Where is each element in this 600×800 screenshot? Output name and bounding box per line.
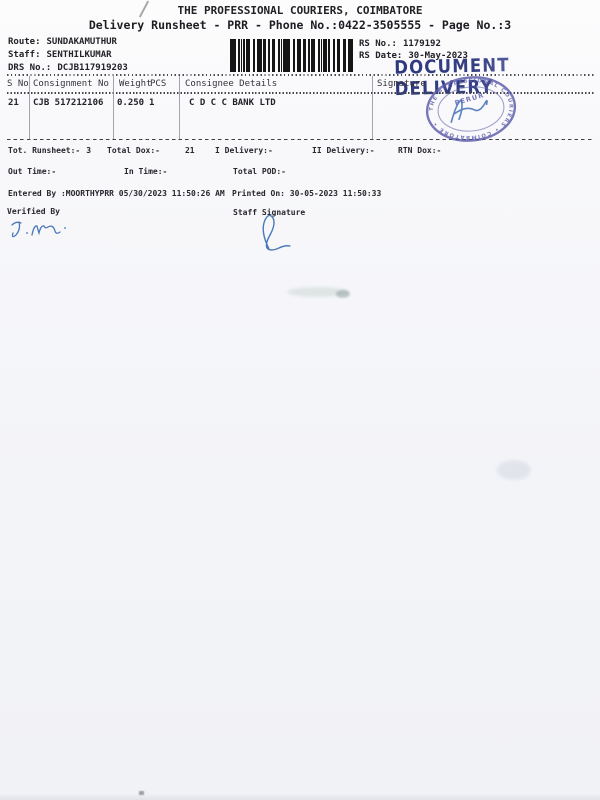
total-dox-value: 21 (185, 146, 195, 155)
tot-runsheet-value: 3 (86, 146, 91, 155)
printed-on-line: Printed On: 30-05-2023 11:50:33 (232, 189, 381, 199)
scanned-delivery-runsheet-page: THE PROFESSIONAL COURIERS, COIMBATORE De… (0, 0, 600, 800)
route-line: Route:SUNDAKAMUTHUR (8, 37, 117, 48)
staff-line: Staff:SENTHILKUMAR (8, 50, 112, 61)
table-column-rule-2 (113, 76, 114, 139)
runsheet-barcode (230, 39, 353, 72)
ii-delivery-label: II Delivery:- (312, 146, 375, 156)
staff-signature-ink (252, 211, 298, 253)
rs-no-label: RS No.: (359, 39, 397, 49)
scan-artifact-smudge (497, 460, 531, 480)
rs-no-line: RS No.:1179192 (359, 39, 441, 50)
row-pcs: 1 (149, 98, 154, 109)
row-weight: 0.250 (117, 98, 144, 109)
staff-value: SENTHILKUMAR (47, 50, 112, 60)
table-column-rule-3 (179, 76, 180, 139)
table-column-rule-4 (372, 76, 373, 139)
entered-by-line: Entered By :MOORTHYPRR 05/30/2023 11:50:… (8, 189, 225, 199)
route-label: Route: (8, 37, 41, 47)
row-consignee: C D C C BANK LTD (189, 98, 276, 109)
seal-center-text: PERUR (454, 91, 486, 107)
col-header-weight: Weight (119, 79, 152, 90)
staff-label: Staff: (8, 50, 41, 60)
col-header-pcs: PCS (150, 79, 166, 90)
page-bottom-edge (0, 793, 600, 800)
table-column-rule-1 (29, 76, 30, 139)
out-time-label: Out Time:- (8, 167, 56, 177)
rs-no-value: 1179192 (403, 39, 441, 49)
verified-by-signature (8, 216, 72, 246)
col-header-consignment: Consignment No (33, 79, 109, 90)
i-delivery-label: I Delivery:- (215, 146, 273, 156)
drs-value: DCJB117919203 (57, 63, 127, 73)
courier-seal-stamp: THE PROFESSIONAL COURIERS • COIMBATORE •… (412, 62, 530, 155)
tot-runsheet-label: Tot. Runsheet:- (8, 146, 80, 155)
scan-artifact-smudge (336, 290, 350, 298)
rtn-dox-label: RTN Dox:- (398, 146, 441, 156)
row-consignment: CJB 517212106 (33, 98, 103, 109)
company-title: THE PROFESSIONAL COURIERS, COIMBATORE (0, 4, 600, 18)
drs-label: DRS No.: (8, 63, 51, 73)
total-dox: Total Dox:-21 (107, 146, 195, 156)
total-dox-label: Total Dox:- (107, 146, 160, 155)
route-value: SUNDAKAMUTHUR (47, 37, 117, 47)
tot-runsheet: Tot. Runsheet:-3 (8, 146, 91, 156)
in-time-label: In Time:- (124, 167, 167, 177)
total-pod-label: Total POD:- (233, 167, 286, 177)
drs-line: DRS No.:DCJB117919203 (8, 63, 128, 74)
runsheet-subtitle: Delivery Runsheet - PRR - Phone No.:0422… (0, 18, 600, 32)
row-sno: 21 (8, 98, 19, 109)
col-header-consignee: Consignee Details (185, 79, 277, 90)
col-header-sno: S No (7, 79, 29, 90)
